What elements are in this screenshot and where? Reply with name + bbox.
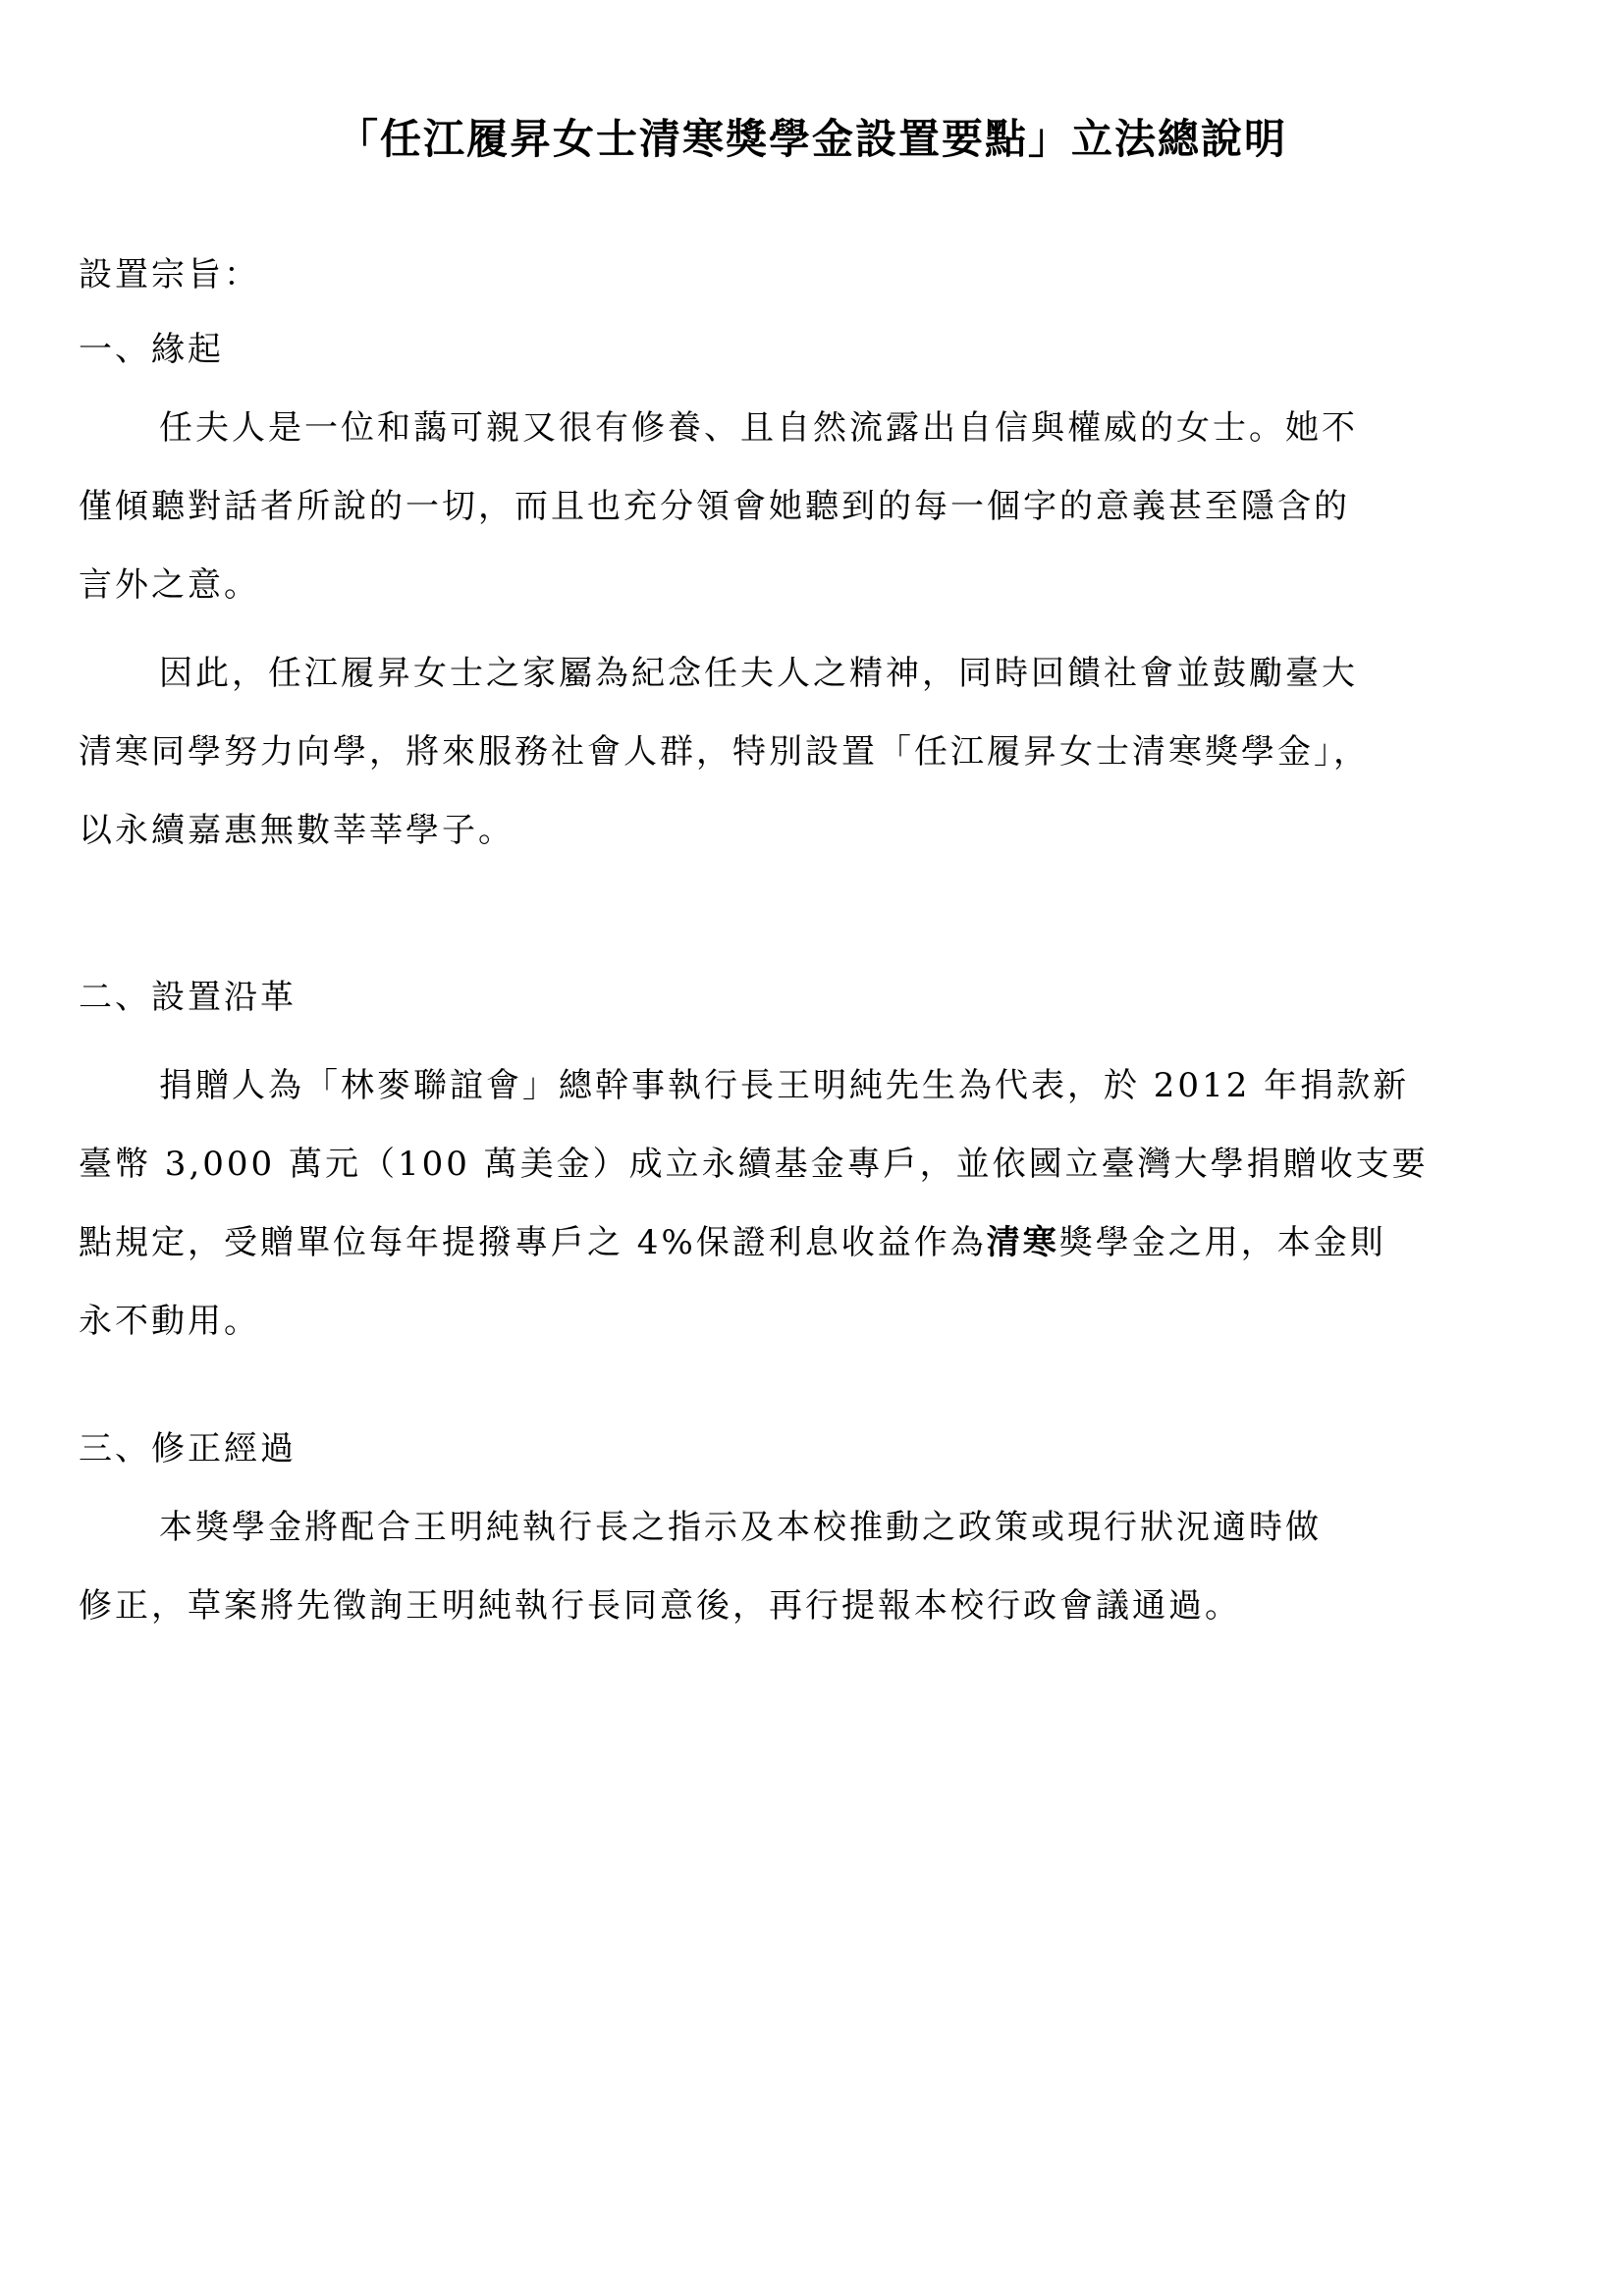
section-heading-origin: 一、緣起 (79, 325, 224, 374)
paragraph-line: 清寒同學努力向學，將來服務社會人群，特別設置「任江履昇女士清寒獎學金」， (79, 727, 1370, 776)
paragraph-line: 本獎學金將配合王明純執行長之指示及本校推動之政策或現行狀況適時做 (159, 1503, 1322, 1552)
text-run: 點規定，受贈單位每年提撥專戶之 4%保證利息收益作為 (79, 1223, 987, 1262)
paragraph-line: 永不動用。 (79, 1297, 260, 1346)
paragraph-line: 僅傾聽對話者所說的一切，而且也充分領會她聽到的每一個字的意義甚至隱含的 (79, 482, 1350, 531)
text-run: 獎學金之用，本金則 (1059, 1223, 1386, 1262)
document-page: 「任江履昇女士清寒獎學金設置要點」立法總說明 設置宗旨： 一、緣起 任夫人是一位… (0, 0, 1624, 2296)
paragraph-line: 任夫人是一位和藹可親又很有修養、且自然流露出自信與權威的女士。她不 (159, 403, 1358, 453)
purpose-heading: 設置宗旨： (79, 250, 260, 299)
emphasis-text: 清寒 (987, 1223, 1059, 1262)
paragraph-line: 捐贈人為「林麥聯誼會」總幹事執行長王明純先生為代表，於 2012 年捐款新 (159, 1061, 1409, 1110)
paragraph-line: 以永續嘉惠無數莘莘學子。 (79, 806, 514, 855)
paragraph-line: 因此，任江履昇女士之家屬為紀念任夫人之精神，同時回饋社會並鼓勵臺大 (159, 649, 1358, 698)
paragraph-line: 言外之意。 (79, 561, 260, 610)
paragraph-line: 臺幣 3,000 萬元（100 萬美金）成立永續基金專戶，並依國立臺灣大學捐贈收… (79, 1140, 1429, 1189)
paragraph-line: 修正，草案將先徵詢王明純執行長同意後，再行提報本校行政會議通過。 (79, 1581, 1241, 1630)
paragraph-line-with-emphasis: 點規定，受贈單位每年提撥專戶之 4%保證利息收益作為清寒獎學金之用，本金則 (79, 1218, 1386, 1267)
document-title: 「任江履昇女士清寒獎學金設置要點」立法總說明 (0, 110, 1624, 169)
section-heading-amendments: 三、修正經過 (79, 1424, 297, 1473)
section-heading-history: 二、設置沿革 (79, 973, 297, 1022)
